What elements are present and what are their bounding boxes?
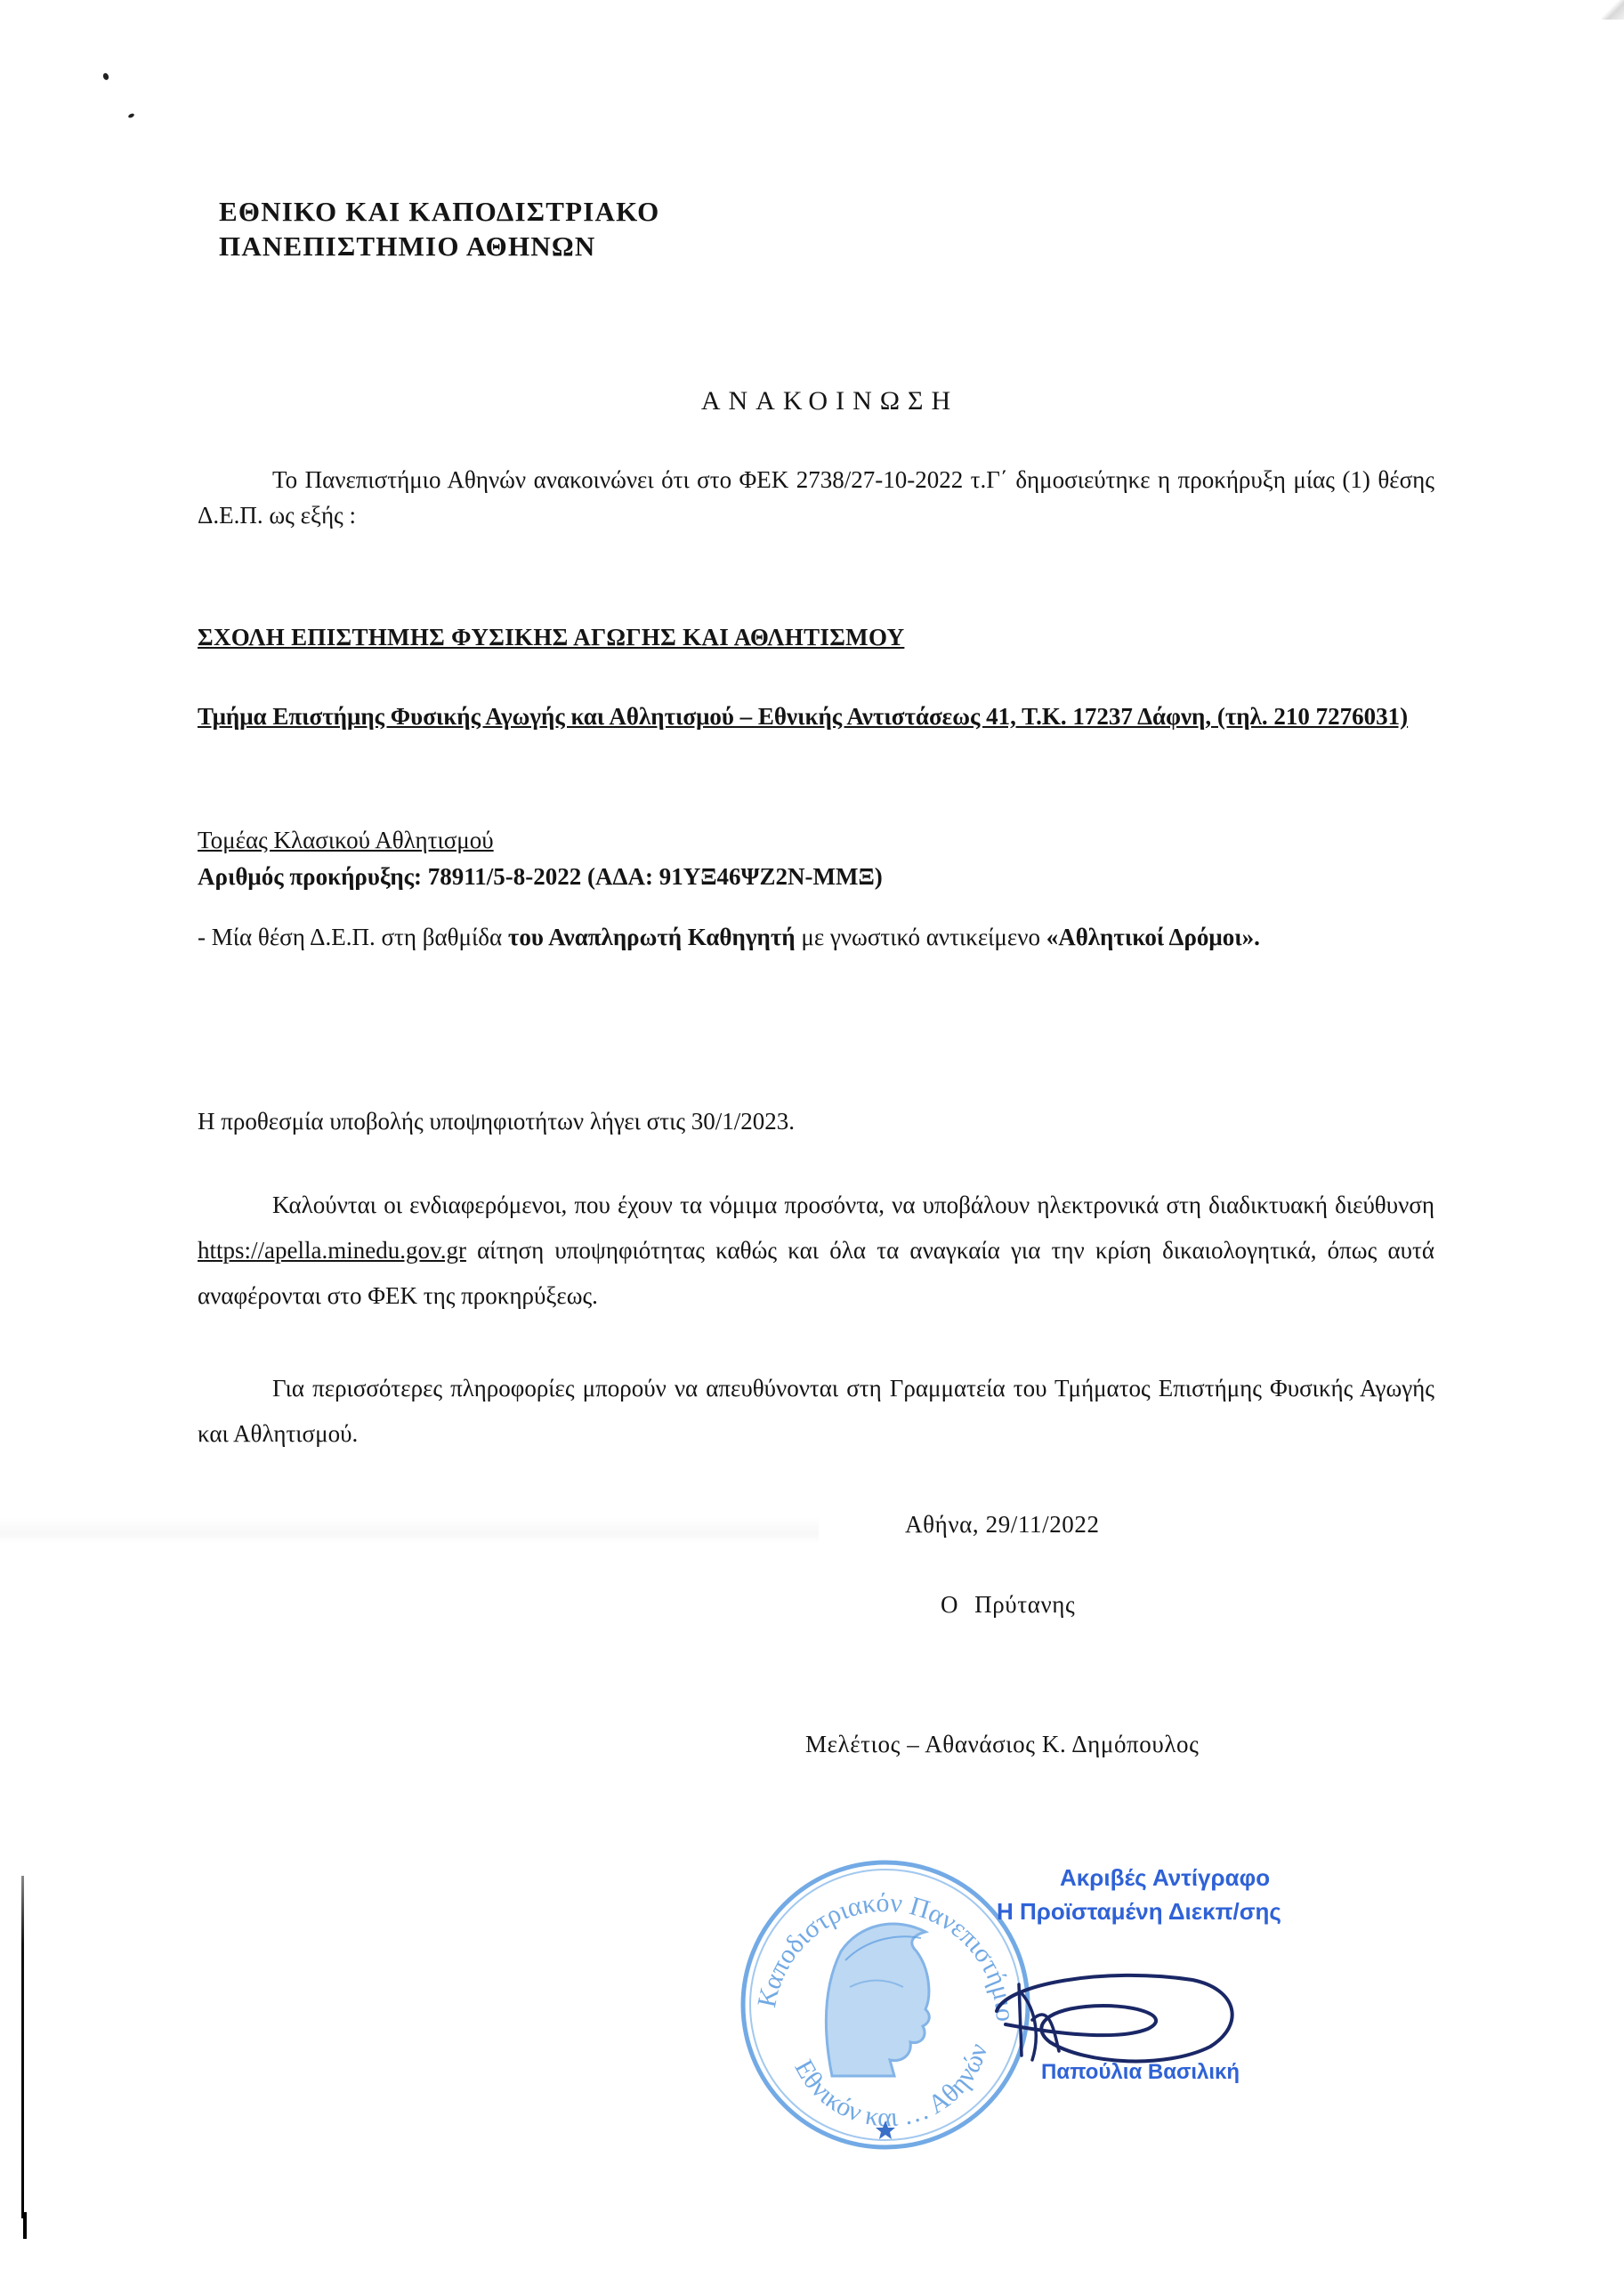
position-prefix: - Μία θέση Δ.Ε.Π. στη βαθμίδα [198, 924, 508, 950]
scan-speck [127, 113, 134, 119]
university-name: ΕΘΝΙΚΟ ΚΑΙ ΚΑΠΟΔΙΣΤΡΙΑΚΟ ΠΑΝΕΠΙΣΤΗΜΙΟ ΑΘ… [219, 194, 659, 263]
school-heading: ΣΧΟΛΗ ΕΠΙΣΤΗΜΗΣ ΦΥΣΙΚΗΣ ΑΓΩΓΗΣ ΚΑΙ ΑΘΛΗΤ… [198, 619, 1434, 655]
signer-title-article: Ο [941, 1591, 958, 1618]
signature-icon [970, 1958, 1255, 2073]
scan-speck [102, 72, 109, 81]
position-middle: με γνωστικό αντικείμενο [796, 924, 1046, 950]
signer-name: Μελέτιος – Αθανάσιος Κ. Δημόπουλος [805, 1731, 1199, 1758]
application-call-paragraph: Καλούνται οι ενδιαφερόμενοι, που έχουν τ… [198, 1183, 1434, 1319]
sector-heading: Τομέας Κλασικού Αθλητισμού [198, 822, 1434, 858]
position-rank: του Αναπληρωτή Καθηγητή [508, 924, 796, 950]
page-corner-fold [1602, 0, 1624, 20]
position-subject: «Αθλητικοί Δρόμοι». [1046, 924, 1260, 950]
university-name-line2: ΠΑΝΕΠΙΣΤΗΜΙΟ ΑΘΗΝΩΝ [219, 229, 659, 263]
scan-edge-line [23, 2212, 27, 2239]
university-name-line1: ΕΘΝΙΚΟ ΚΑΙ ΚΑΠΟΔΙΣΤΡΙΑΚΟ [219, 194, 659, 229]
signer-title: ΟΠρύτανης [941, 1591, 1075, 1619]
apella-link[interactable]: https://apella.minedu.gov.gr [198, 1237, 466, 1264]
certification-line2: Η Προϊσταμένη Διεκπ/σης [997, 1898, 1281, 1926]
call-text-before-link: Καλούνται οι ενδιαφερόμενοι, που έχουν τ… [272, 1192, 1434, 1218]
proclamation-number: Αριθμός προκήρυξης: 78911/5-8-2022 (ΑΔΑ:… [198, 859, 1434, 894]
info-paragraph: Για περισσότερες πληροφορίες μπορούν να … [198, 1366, 1434, 1457]
scan-artifact-band [0, 1517, 819, 1544]
deadline-statement: Η προθεσμία υποβολής υποψηφιοτήτων λήγει… [198, 1103, 1434, 1139]
position-description: - Μία θέση Δ.Ε.Π. στη βαθμίδα του Αναπλη… [198, 912, 1434, 962]
signer-title-text: Πρύτανης [974, 1591, 1075, 1618]
issue-date: Αθήνα, 29/11/2022 [905, 1511, 1100, 1539]
document-title: ΑΝΑΚΟΙΝΩΣΗ [0, 386, 1624, 416]
scan-edge-line [21, 1876, 24, 2218]
certification-line1: Ακριβές Αντίγραφο [1060, 1864, 1270, 1892]
department-heading: Τμήμα Επιστήμης Φυσικής Αγωγής και Αθλητ… [198, 697, 1434, 737]
certifying-officer-name: Παπούλια Βασιλική [1041, 2060, 1240, 2085]
intro-paragraph: Το Πανεπιστήμιο Αθηνών ανακοινώνει ότι σ… [198, 462, 1434, 533]
